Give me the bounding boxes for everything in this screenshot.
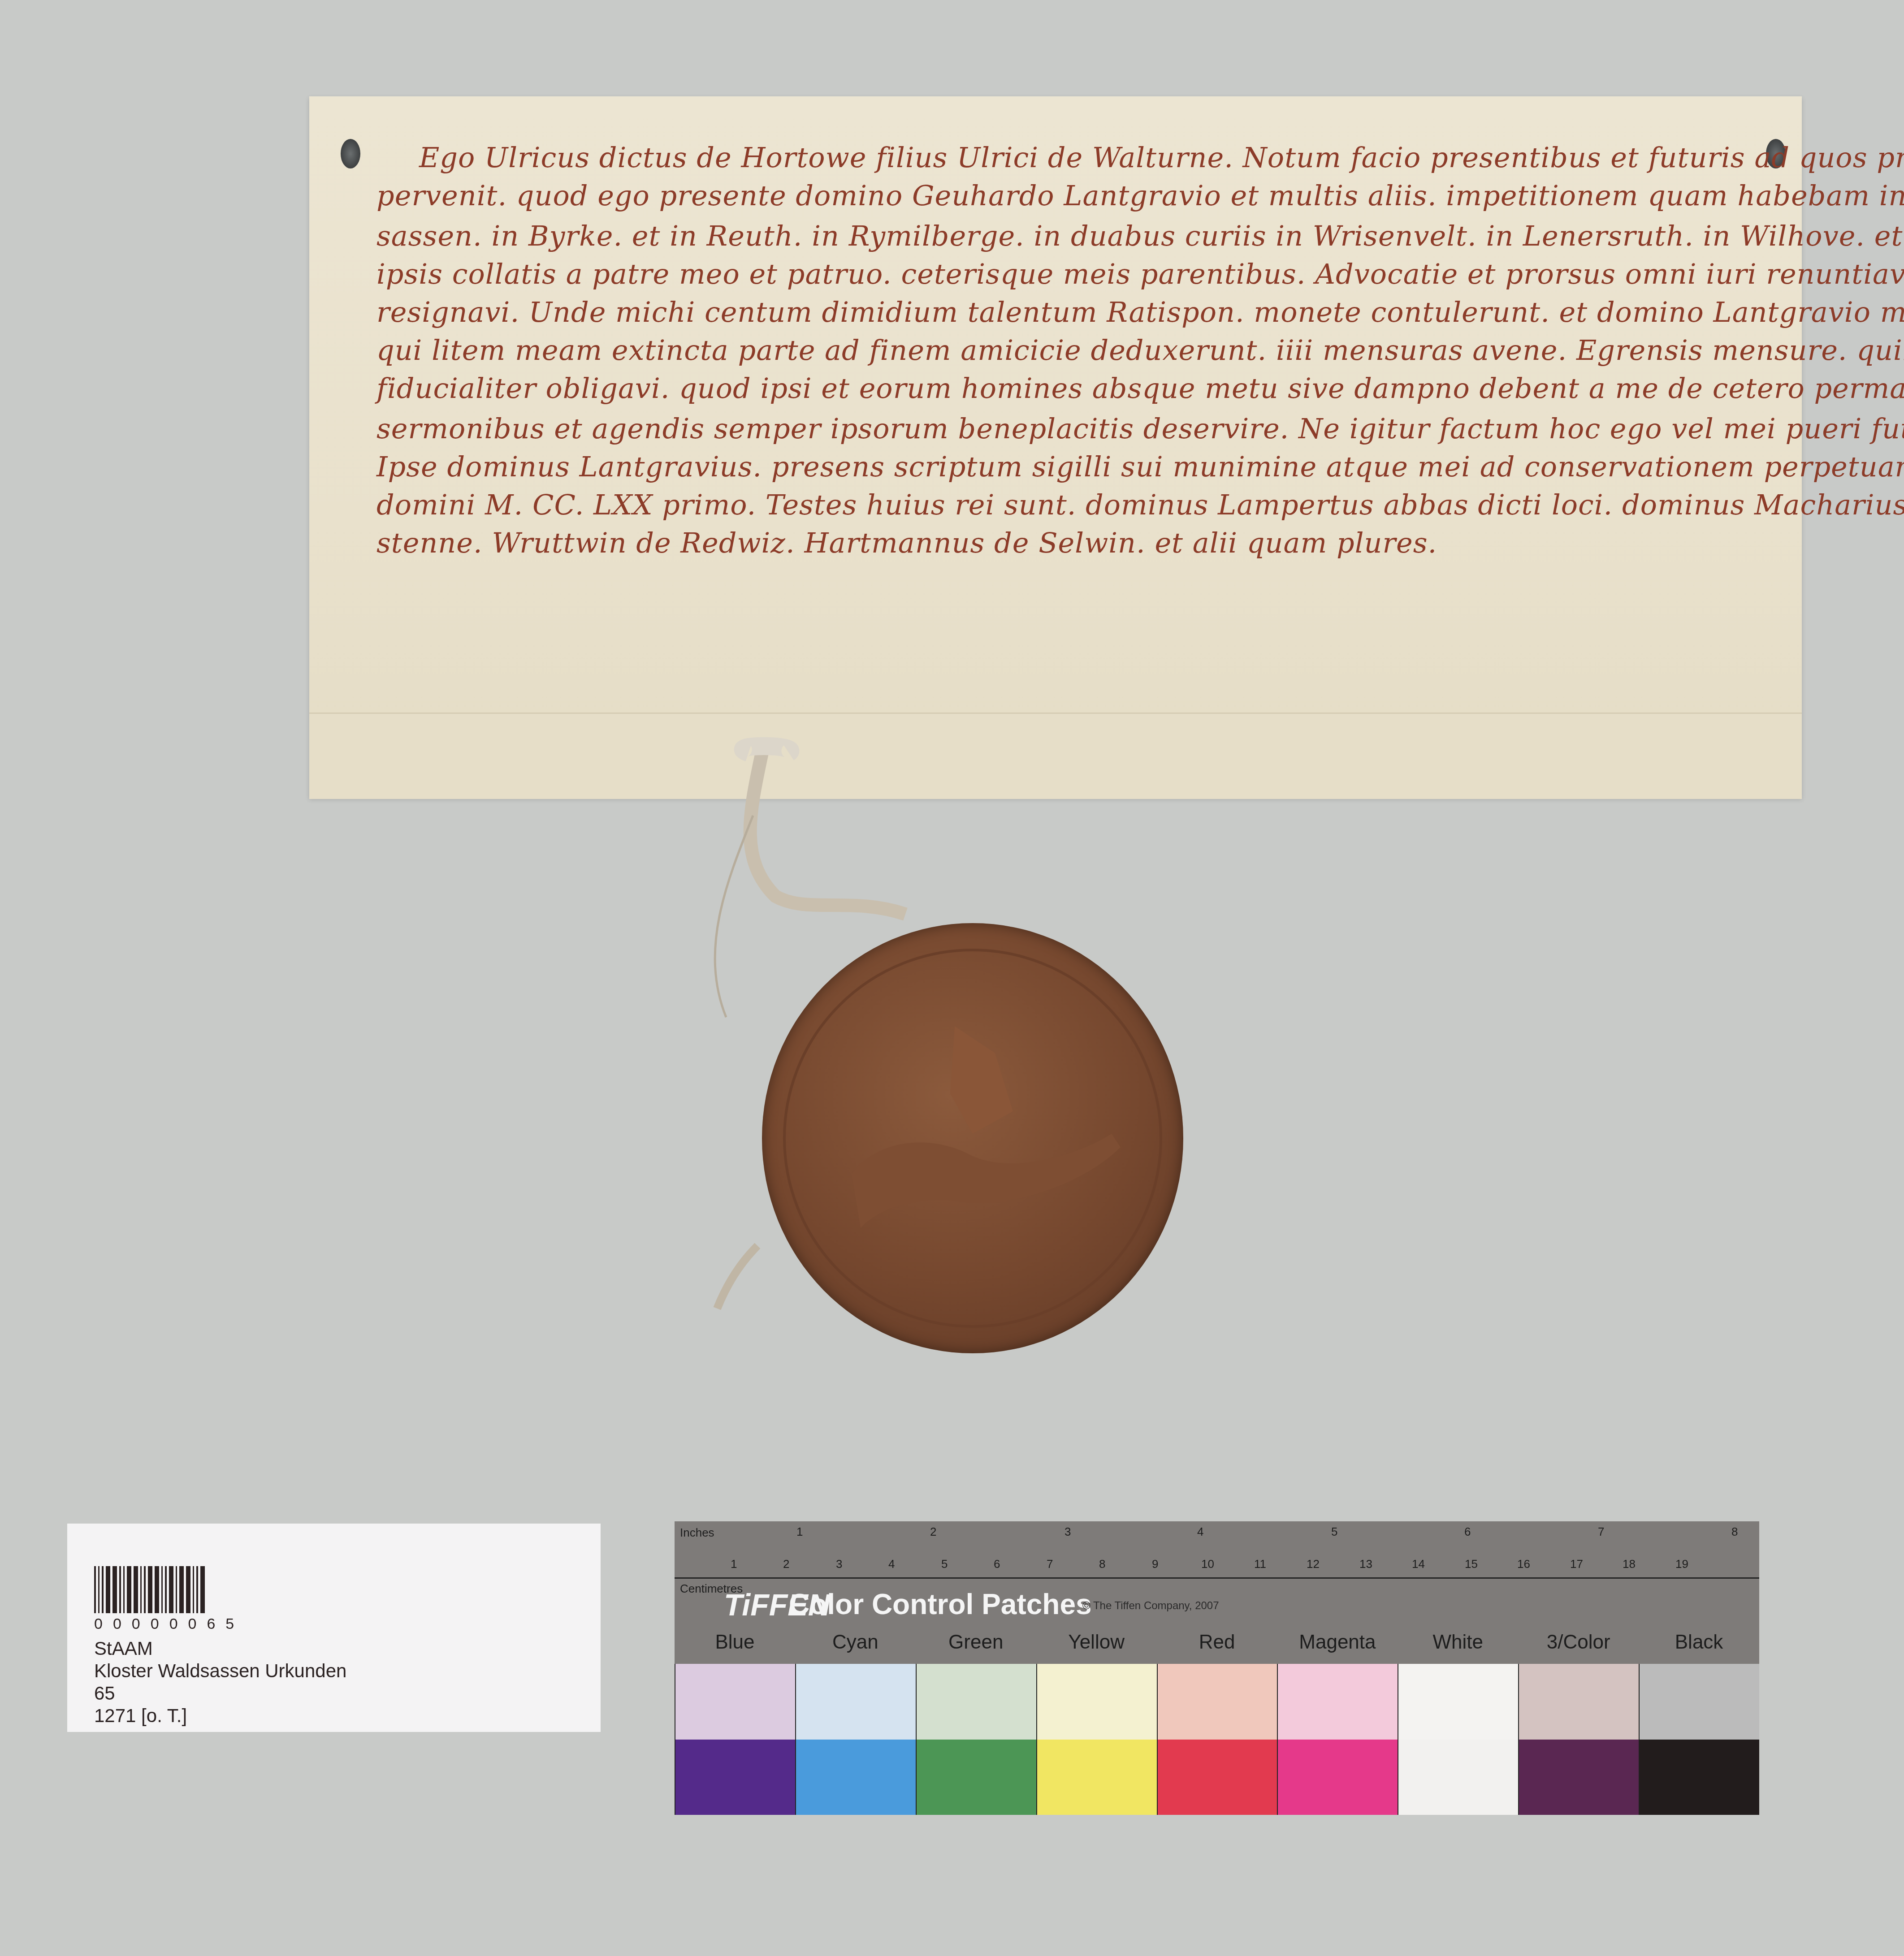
document-number: 65 — [94, 1683, 115, 1704]
charter-line: fiducialiter obligavi. quod ipsi et eoru… — [376, 372, 1904, 405]
patch-3color — [1518, 1664, 1639, 1815]
patch-label: Black — [1639, 1631, 1759, 1654]
inch-tick: 4 — [1197, 1525, 1203, 1539]
patch-label: Blue — [675, 1631, 795, 1654]
cm-tick: 4 — [888, 1557, 895, 1571]
patch-white — [1398, 1664, 1518, 1815]
patch-label: Green — [916, 1631, 1036, 1654]
cm-tick: 15 — [1465, 1557, 1478, 1571]
cm-tick: 5 — [941, 1557, 948, 1571]
patch-label: Magenta — [1277, 1631, 1398, 1654]
chart-copyright: © The Tiffen Company, 2007 — [1082, 1600, 1219, 1612]
barcode — [94, 1566, 207, 1613]
inch-tick: 3 — [1065, 1525, 1071, 1539]
charter-line: domini M. CC. LXX primo. Testes huius re… — [376, 488, 1904, 521]
cm-tick: 17 — [1570, 1557, 1583, 1571]
cm-tick: 6 — [994, 1557, 1000, 1571]
cm-tick: 14 — [1412, 1557, 1425, 1571]
cm-tick: 7 — [1047, 1557, 1053, 1571]
cm-tick: 16 — [1517, 1557, 1530, 1571]
patch-magenta — [1277, 1664, 1398, 1815]
charter-plica — [309, 712, 1802, 799]
cm-tick: 12 — [1307, 1557, 1320, 1571]
document-date: 1271 [o. T.] — [94, 1705, 187, 1727]
charter-line: pervenit. quod ego presente domino Geuha… — [376, 179, 1904, 212]
charter-line: ipsis collatis a patre meo et patruo. ce… — [376, 258, 1904, 290]
mount-hole-left — [341, 139, 360, 168]
chart-title: Color Control Patches — [789, 1588, 1092, 1621]
patch-label: Red — [1157, 1631, 1277, 1654]
cm-tick: 1 — [731, 1557, 737, 1571]
cm-tick: 18 — [1623, 1557, 1636, 1571]
cm-tick: 3 — [836, 1557, 842, 1571]
cm-tick: 10 — [1201, 1557, 1214, 1571]
patch-label: Cyan — [795, 1631, 916, 1654]
charter-parchment: Ego Ulricus dictus de Hortowe filius Ulr… — [309, 96, 1802, 798]
color-control-chart: Inches 1 2 3 4 5 6 7 8 1 2 3 4 5 6 7 8 9… — [675, 1521, 1759, 1815]
patch-red — [1157, 1664, 1277, 1815]
wax-seal — [762, 923, 1183, 1353]
ruler: Inches 1 2 3 4 5 6 7 8 1 2 3 4 5 6 7 8 9… — [675, 1521, 1759, 1579]
charter-line: resignavi. Unde michi centum dimidium ta… — [376, 296, 1904, 328]
inch-tick: 5 — [1331, 1525, 1337, 1539]
inch-tick: 7 — [1598, 1525, 1604, 1539]
seal-rider-icon — [762, 923, 1183, 1353]
charter-line: sassen. in Byrke. et in Reuth. in Rymilb… — [376, 220, 1904, 252]
patch-cyan — [795, 1664, 916, 1815]
cm-tick: 2 — [783, 1557, 789, 1571]
archive-label: 00000065 StAAM Kloster Waldsassen Urkund… — [67, 1524, 601, 1732]
patch-yellow — [1036, 1664, 1157, 1815]
cm-tick: 8 — [1099, 1557, 1105, 1571]
patch-label: Yellow — [1036, 1631, 1157, 1654]
collection-name: Kloster Waldsassen Urkunden — [94, 1660, 346, 1682]
archive-name: StAAM — [94, 1638, 153, 1659]
charter-line: Ipse dominus Lantgravius. presens script… — [376, 450, 1904, 483]
color-patches — [675, 1664, 1759, 1815]
charter-line: qui litem meam extincta parte ad finem a… — [376, 334, 1904, 367]
cm-tick: 13 — [1359, 1557, 1372, 1571]
inch-tick: 1 — [796, 1525, 803, 1539]
patch-black — [1639, 1664, 1759, 1815]
cm-tick: 11 — [1254, 1557, 1266, 1571]
charter-line: stenne. Wruttwin de Redwiz. Hartmannus d… — [376, 527, 1437, 559]
cm-tick: 9 — [1152, 1557, 1158, 1571]
inch-tick: 6 — [1464, 1525, 1471, 1539]
patch-labels: Blue Cyan Green Yellow Red Magenta White… — [675, 1631, 1759, 1654]
charter-line: Ego Ulricus dictus de Hortowe filius Ulr… — [419, 141, 1904, 174]
patch-label: 3/Color — [1518, 1631, 1639, 1654]
ruler-inches-label: Inches — [680, 1526, 714, 1540]
barcode-number: 00000065 — [94, 1615, 244, 1633]
patch-green — [916, 1664, 1036, 1815]
cm-tick: 19 — [1675, 1557, 1688, 1571]
charter-line: sermonibus et agendis semper ipsorum ben… — [376, 412, 1904, 445]
inch-tick: 8 — [1731, 1525, 1738, 1539]
inch-tick: 2 — [930, 1525, 936, 1539]
patch-label: White — [1398, 1631, 1518, 1654]
patch-blue — [675, 1664, 795, 1815]
